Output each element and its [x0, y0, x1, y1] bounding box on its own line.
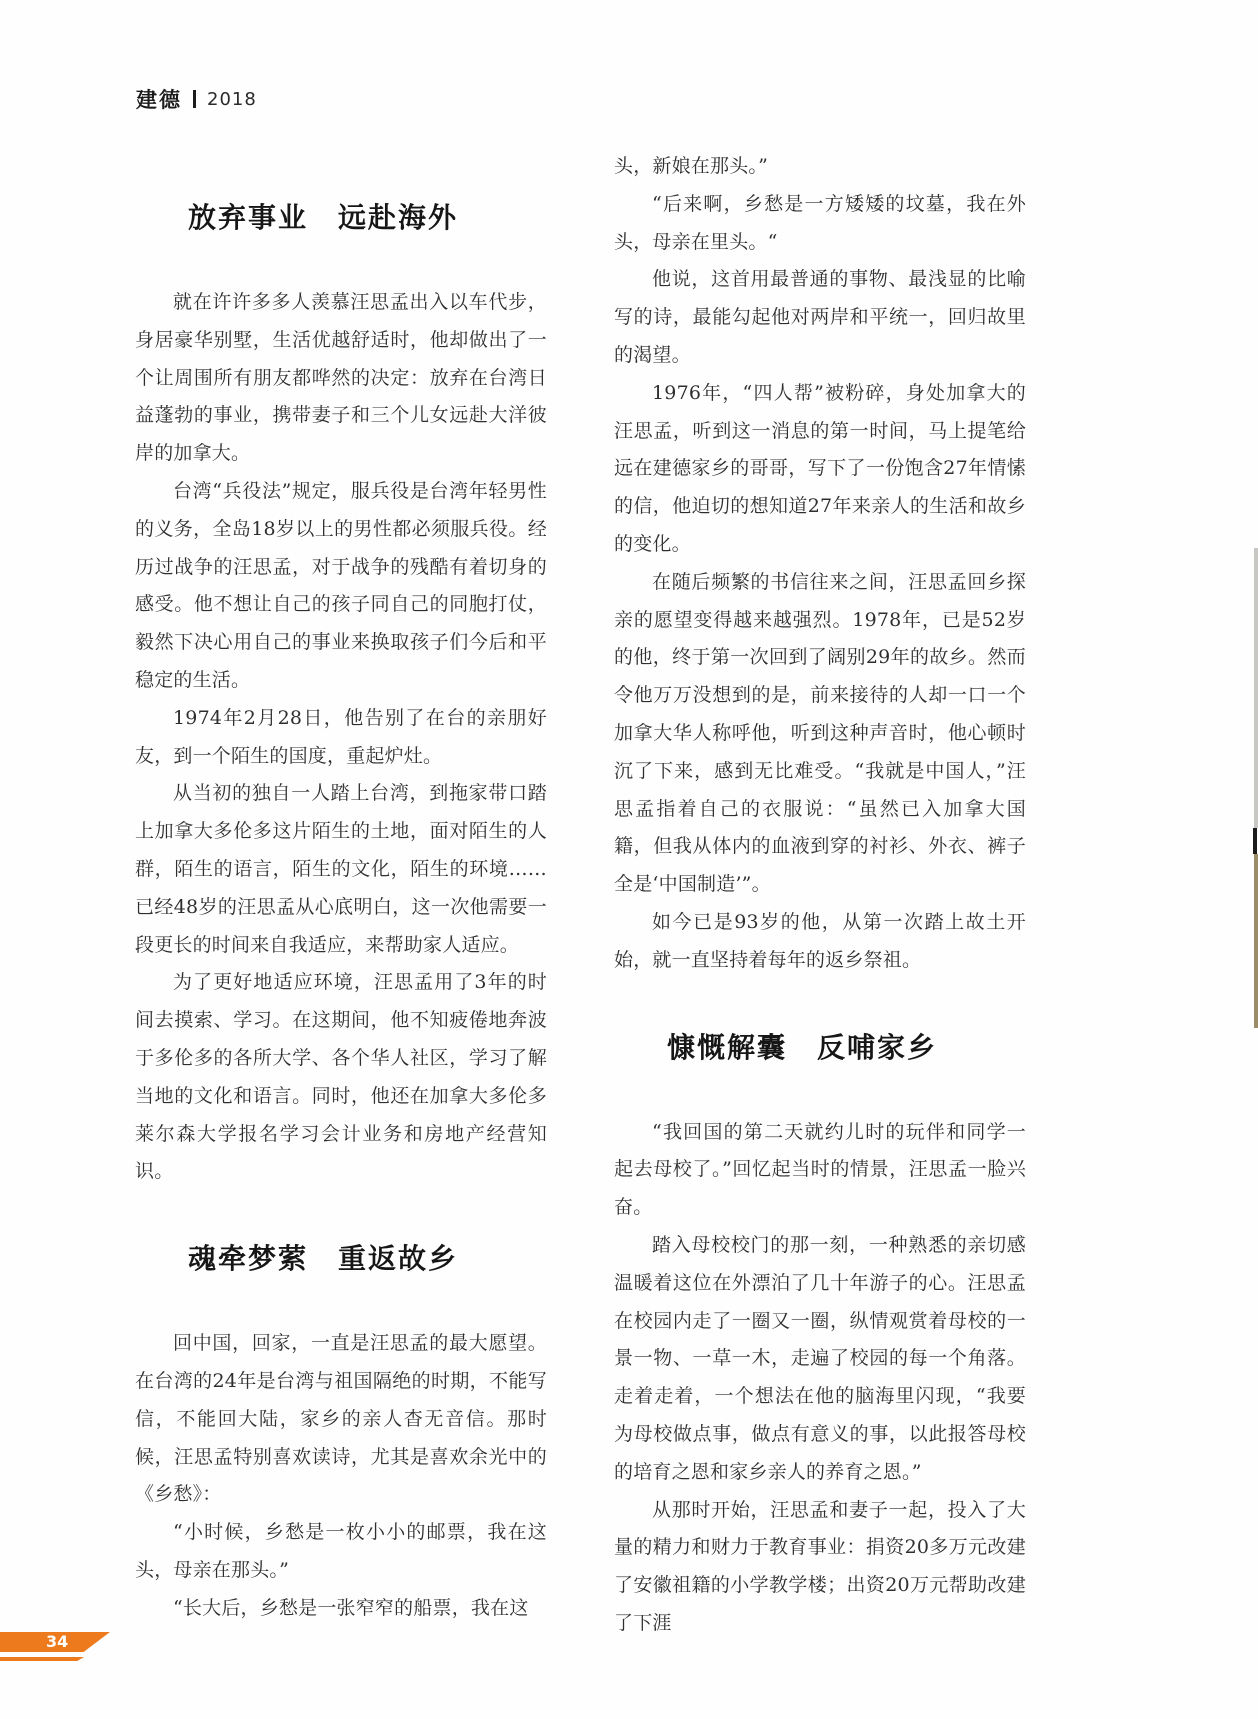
paragraph: 为了更好地适应环境，汪思孟用了3年的时间去摸索、学习。在这期间，他不知疲倦地奔波…	[135, 964, 547, 1191]
paragraph: 如今已是93岁的他，从第一次踏上故土开始，就一直坚持着每年的返乡祭祖。	[614, 904, 1026, 980]
page-header: 建德 2018	[136, 84, 257, 114]
paragraph: 他说，这首用最普通的事物、最浅显的比喻写的诗，最能勾起他对两岸和平统一，回归故里…	[614, 261, 1026, 374]
paragraph: 台湾“兵役法”规定，服兵役是台湾年轻男性的义务，全岛18岁以上的男性都必须服兵役…	[135, 473, 547, 700]
page-number-banner: 34	[0, 1632, 110, 1652]
paragraph: 回中国，回家，一直是汪思孟的最大愿望。在台湾的24年是台湾与祖国隔绝的时期，不能…	[135, 1325, 547, 1514]
section-heading-2: 魂牵梦萦 重返故乡	[135, 1241, 547, 1277]
page-edge-dark-strip	[1253, 828, 1257, 854]
magazine-page: 建德 2018 放弃事业 远赴海外 就在许许多多人羡慕汪思孟出入以车代步，身居豪…	[0, 0, 1258, 1719]
page-edge-light-strip	[1254, 548, 1258, 828]
page-number: 34	[46, 1632, 76, 1652]
paragraph: 从那时开始，汪思孟和妻子一起，投入了大量的精力和财力于教育事业：捐资20多万元改…	[614, 1492, 1026, 1643]
paragraph: 就在许许多多人羡慕汪思孟出入以车代步，身居豪华别墅，生活优越舒适时，他却做出了一…	[135, 284, 547, 473]
section-heading-3: 慷慨解囊 反哺家乡	[614, 1030, 1026, 1066]
poem-line: “后来啊，乡愁是一方矮矮的坟墓，我在外头，母亲在里头。“	[614, 186, 1026, 262]
poem-line: “长大后，乡愁是一张窄窄的船票，我在这	[135, 1590, 547, 1628]
paragraph: 在随后频繁的书信往来之间，汪思孟回乡探亲的愿望变得越来越强烈。1978年，已是5…	[614, 564, 1026, 904]
header-year: 2018	[207, 89, 257, 110]
header-divider	[193, 90, 196, 108]
page-edge-tan-strip	[1254, 854, 1258, 1028]
poem-line: “小时候，乡愁是一枚小小的邮票，我在这头，母亲在那头。”	[135, 1514, 547, 1590]
paragraph: 踏入母校校门的那一刻，一种熟悉的亲切感温暖着这位在外漂泊了几十年游子的心。汪思孟…	[614, 1227, 1026, 1492]
paragraph: “我回国的第二天就约儿时的玩伴和同学一起去母校了。”回忆起当时的情景，汪思孟一脸…	[614, 1114, 1026, 1227]
poem-line-continued: 头，新娘在那头。”	[614, 148, 1026, 186]
paragraph: 从当初的独自一人踏上台湾，到拖家带口踏上加拿大多伦多这片陌生的土地，面对陌生的人…	[135, 775, 547, 964]
left-column: 放弃事业 远赴海外 就在许许多多人羡慕汪思孟出入以车代步，身居豪华别墅，生活优越…	[135, 200, 547, 1628]
paragraph: 1976年，“四人帮”被粉碎，身处加拿大的汪思孟，听到这一消息的第一时间，马上提…	[614, 375, 1026, 564]
section-heading-1: 放弃事业 远赴海外	[135, 200, 547, 236]
paragraph: 1974年2月28日，他告别了在台的亲朋好友，到一个陌生的国度，重起炉灶。	[135, 700, 547, 776]
header-brand: 建德	[136, 84, 182, 114]
right-column: 头，新娘在那头。” “后来啊，乡愁是一方矮矮的坟墓，我在外头，母亲在里头。“ 他…	[614, 148, 1026, 1643]
page-number-underline	[0, 1657, 84, 1661]
